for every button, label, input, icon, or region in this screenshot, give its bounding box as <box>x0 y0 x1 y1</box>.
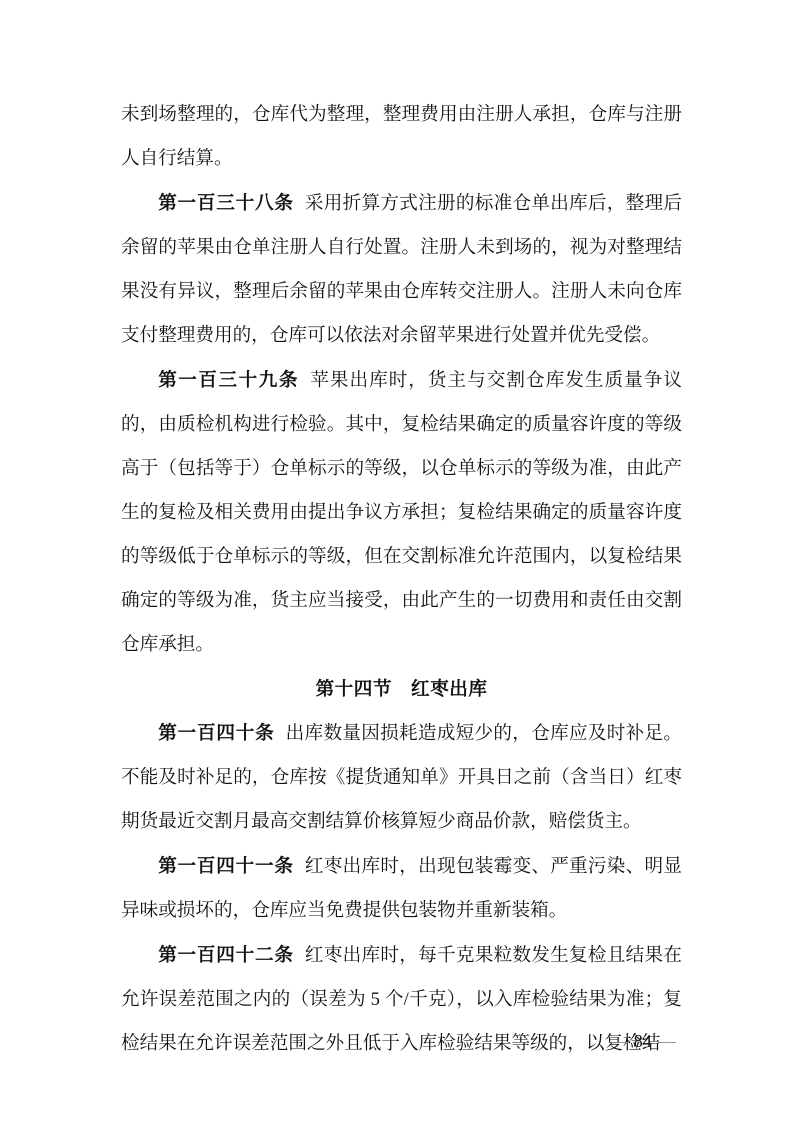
article-number: 第一百四十一条 <box>158 855 294 876</box>
document-page: 未到场整理的，仓库代为整理，整理费用由注册人承担，仓库与注册人自行结算。 第一百… <box>0 0 793 1122</box>
paragraph-text: 未到场整理的，仓库代为整理，整理费用由注册人承担，仓库与注册人自行结算。 <box>121 104 682 169</box>
article-139: 第一百三十九条苹果出库时，货主与交割仓库发生质量争议的，由质检机构进行检验。其中… <box>121 358 682 667</box>
footer-dash-right: — <box>658 1031 676 1051</box>
continuation-paragraph: 未到场整理的，仓库代为整理，整理费用由注册人承担，仓库与注册人自行结算。 <box>121 93 682 181</box>
page-number: 84 <box>627 1031 658 1051</box>
article-number: 第一百四十二条 <box>158 944 294 965</box>
footer-dash-left: — <box>609 1031 627 1051</box>
article-140: 第一百四十条出库数量因损耗造成短少的，仓库应及时补足。不能及时补足的，仓库按《提… <box>121 711 682 844</box>
paragraph-text: 采用折算方式注册的标准仓单出库后，整理后余留的苹果由仓单注册人自行处置。注册人未… <box>121 193 682 346</box>
article-141: 第一百四十一条红枣出库时，出现包装霉变、严重污染、明显异味或损坏的，仓库应当免费… <box>121 844 682 933</box>
section-heading: 第十四节 红枣出库 <box>121 667 682 711</box>
page-footer: —84— <box>609 1028 676 1054</box>
article-number: 第一百四十条 <box>158 722 274 743</box>
article-number: 第一百三十九条 <box>158 369 299 390</box>
article-138: 第一百三十八条采用折算方式注册的标准仓单出库后，整理后余留的苹果由仓单注册人自行… <box>121 181 682 358</box>
paragraph-text: 苹果出库时，货主与交割仓库发生质量争议的，由质检机构进行检验。其中，复检结果确定… <box>121 370 682 655</box>
article-number: 第一百三十八条 <box>158 192 294 213</box>
document-body: 未到场整理的，仓库代为整理，整理费用由注册人承担，仓库与注册人自行结算。 第一百… <box>121 93 682 1066</box>
article-142: 第一百四十二条红枣出库时，每千克果粒数发生复检且结果在允许误差范围之内的（误差为… <box>121 933 682 1066</box>
